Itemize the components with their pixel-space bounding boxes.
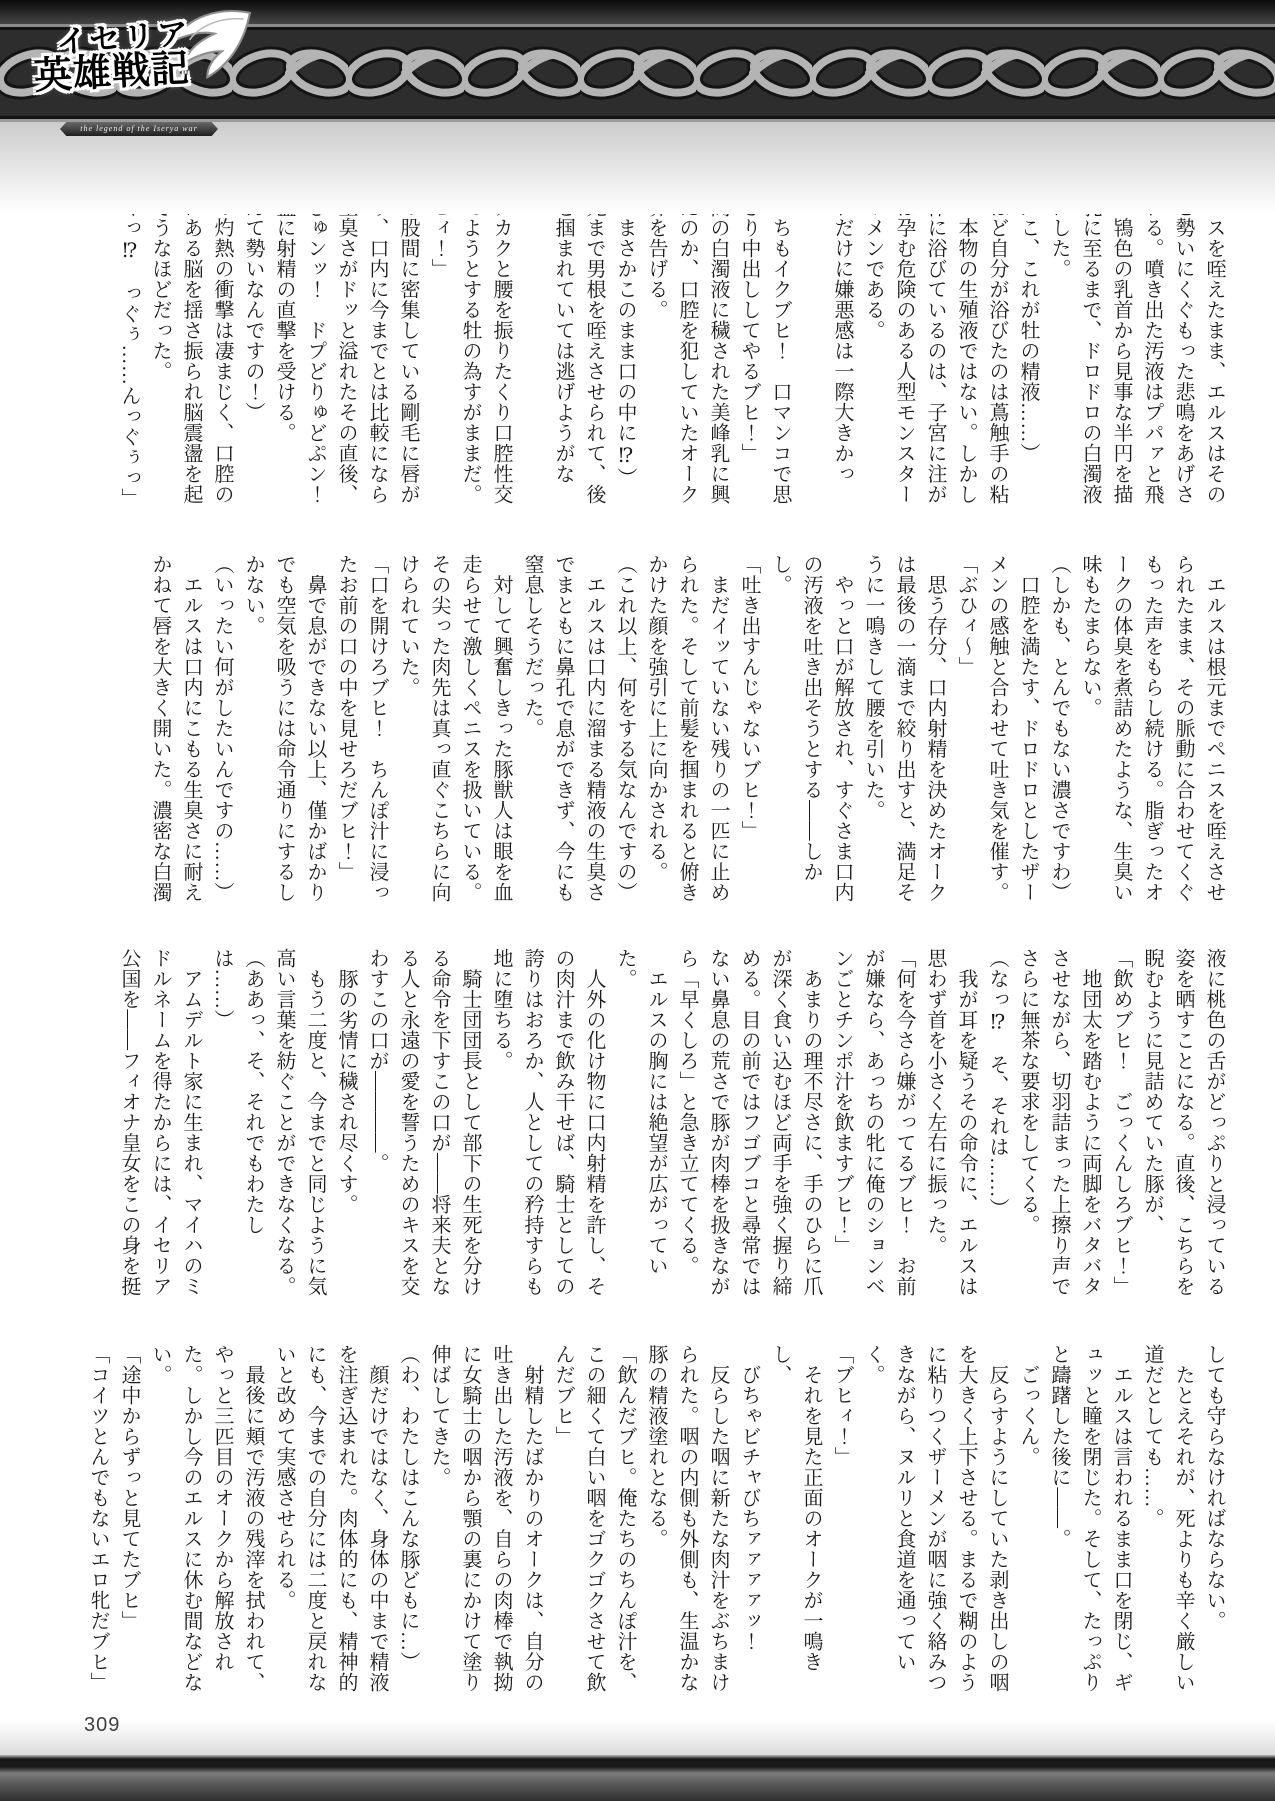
logo-subtitle-ribbon: the legend of the Iserya war: [60, 122, 218, 136]
paragraph: （いったい何がしたいんですの……）: [206, 554, 237, 906]
paragraph: もう二度と、今までと同じように気高い言葉を紡ぐことができなくなる。: [268, 948, 330, 1300]
bottom-border: [0, 1755, 1275, 1801]
paragraph: 「飲めブヒ！ ごっくんしろブヒ！」: [1105, 948, 1136, 1300]
paragraph: 「吐き出すんじゃないブヒ！」: [733, 554, 764, 906]
paragraph: 鼻で息ができない以上、僅かばかりでも空気を吸うには命令通りにするしかない。: [237, 554, 330, 906]
paragraph: 人外の化け物に口内射精を許し、その肉汁まで飲み干せば、騎士としての誇りはおろか、…: [485, 948, 609, 1300]
paragraph: 「ぶひィ～」: [950, 554, 981, 906]
paragraph: 「コイツとんでもないエロ牝だブヒ」: [82, 1344, 113, 1696]
paragraph: 対して興奮しきった豚獣人は眼を血走らせて激しくペニスを扱いている。その尖った肉先…: [392, 554, 516, 906]
text-band-2: エルスは根元までペニスを咥えさせられたまま、その脈動に合わせてくぐもった声をもら…: [58, 554, 1229, 906]
bottom-shadow-fade: [0, 1721, 1275, 1755]
paragraph: それを見た正面のオークが一鳴きし、: [764, 1344, 826, 1696]
paragraph: エルスは口内に溜まる精液の生臭さでまともに鼻孔で息ができず、今にも窒息しそうだっ…: [516, 554, 609, 906]
paragraph: アムデルト家に生まれ、マイハのミドルネームを得たからには、イセリア公国を——フィ…: [113, 948, 206, 1300]
paragraph: まだイッていない残りの一匹に止められた。そして前髪を掴まれると俯きかけた顔を強引…: [640, 554, 733, 906]
paragraph: あまりの理不尽さに、手のひらに爪が深く食い込むほど両手を強く握り締める。目の前で…: [671, 948, 826, 1300]
paragraph: エルスは言われるまま口を閉じ、ギュッと瞳を閉じた。そして、たっぷりと躊躇した後に…: [1043, 1344, 1136, 1696]
paragraph: やっと口が解放され、すぐさま口内の汚液を吐き出そうとする——しかし。: [764, 554, 857, 906]
paragraph: （なっ⁉ そ、それは……）: [981, 948, 1012, 1300]
paragraph: （しかも、とんでもない濃さですわ）: [1043, 554, 1074, 906]
paragraph: たとえそれが、死よりも辛く厳しい道だとしても……。: [1136, 1344, 1198, 1696]
paragraph: （わ、わたしはこんな豚どもに…）: [392, 1344, 423, 1696]
text-band-4: しても守らなければならない。 たとえそれが、死よりも辛く厳しい道だとしても……。…: [58, 1344, 1229, 1696]
paragraph: （これ以上、何をする気なんですの）: [609, 554, 640, 906]
paragraph: しても守らなければならない。: [1198, 1344, 1229, 1696]
logo-title-line2: 英雄戦記: [33, 46, 259, 96]
paragraph: エルスの胸には絶望が広がっていた。: [609, 948, 671, 1300]
paragraph: 反らした咽に新たな肉汁をぶちまけられた。咽の内側も外側も、生温かな豚の精液塗れと…: [640, 1344, 733, 1696]
paragraph: 「途中からずっと見てたブヒ」: [113, 1344, 144, 1696]
paragraph: 豚の劣情に穢され尽くす。: [330, 948, 361, 1300]
paragraph: 地団太を踏むように両脚をバタバタさせながら、切羽詰まった上擦り声でさらに無茶な要…: [1012, 948, 1105, 1300]
paragraph: 騎士団団長として部下の生死を分ける命令を下すこの口が——将来夫となる人と永遠の愛…: [361, 948, 485, 1300]
paragraph: びちゃビチャびちァァァァッ！: [733, 1344, 764, 1696]
paragraph: 液に桃色の舌がどっぷりと浸っている姿を晒すことになる。直後、こちらを睨むように見…: [1136, 948, 1229, 1300]
paragraph: エルスは口内にこもる生臭さに耐えかねて唇を大きく開いた。濃密な白濁: [144, 554, 206, 906]
paragraph: 「口を開けろブヒ！ ちんぽ汁に浸ったお前の口の中を見せろだブヒ！」: [330, 554, 392, 906]
paragraph: ごっくん。: [1012, 1344, 1043, 1696]
paragraph: 反らすようにしていた剥き出しの咽を大きく上下させる。まるで糊のように粘りつくザー…: [857, 1344, 1012, 1696]
paragraph: 最後に頬で汚液の残滓を拭われて、やっと三匹目のオークから解放された。しかし今のエ…: [144, 1344, 268, 1696]
paragraph: 「何を今さら嫌がってるブヒ！ お前が嫌なら、あっちの牝に俺のションベンごとチンポ…: [826, 948, 919, 1300]
paragraph: 我が耳を疑うその命令に、エルスは思わず首を小さく左右に振った。: [919, 948, 981, 1300]
paragraph: 射精したばかりのオークは、自分の吐き出した汚液を、自らの肉棒で執拗に女騎士の咽か…: [423, 1344, 547, 1696]
book-page: イセリア 英雄戦記 the legend of the Iserya war ペ…: [0, 0, 1275, 1801]
paragraph: 顔だけではなく、身体の中まで精液を注ぎ込まれた。肉体的にも、精神的にも、今までの…: [268, 1344, 392, 1696]
paragraph: エルスは根元までペニスを咥えさせられたまま、その脈動に合わせてくぐもった声をもら…: [1074, 554, 1229, 906]
paragraph: 口腔を満たす、ドロドロとしたザーメンの感触と合わせて吐き気を催す。: [981, 554, 1043, 906]
paragraph: （ああっ、そ、それでもわたしは……）: [206, 948, 268, 1300]
paragraph: 「ブヒィ！」: [826, 1344, 857, 1696]
logo: イセリア 英雄戦記 the legend of the Iserya war: [26, 6, 258, 130]
paragraph: 思う存分、口内射精を決めたオークは最後の一滴まで絞り出すと、満足そうに一鳴きして…: [857, 554, 950, 906]
paragraph: 「飲んだブヒ。俺たちのちんぽ汁を、この細くて白い咽をゴクゴクさせて飲んだブヒ」: [547, 1344, 640, 1696]
text-band-3: 液に桃色の舌がどっぷりと浸っている姿を晒すことになる。直後、こちらを睨むように見…: [58, 948, 1229, 1300]
page-number: 309: [84, 1714, 120, 1737]
